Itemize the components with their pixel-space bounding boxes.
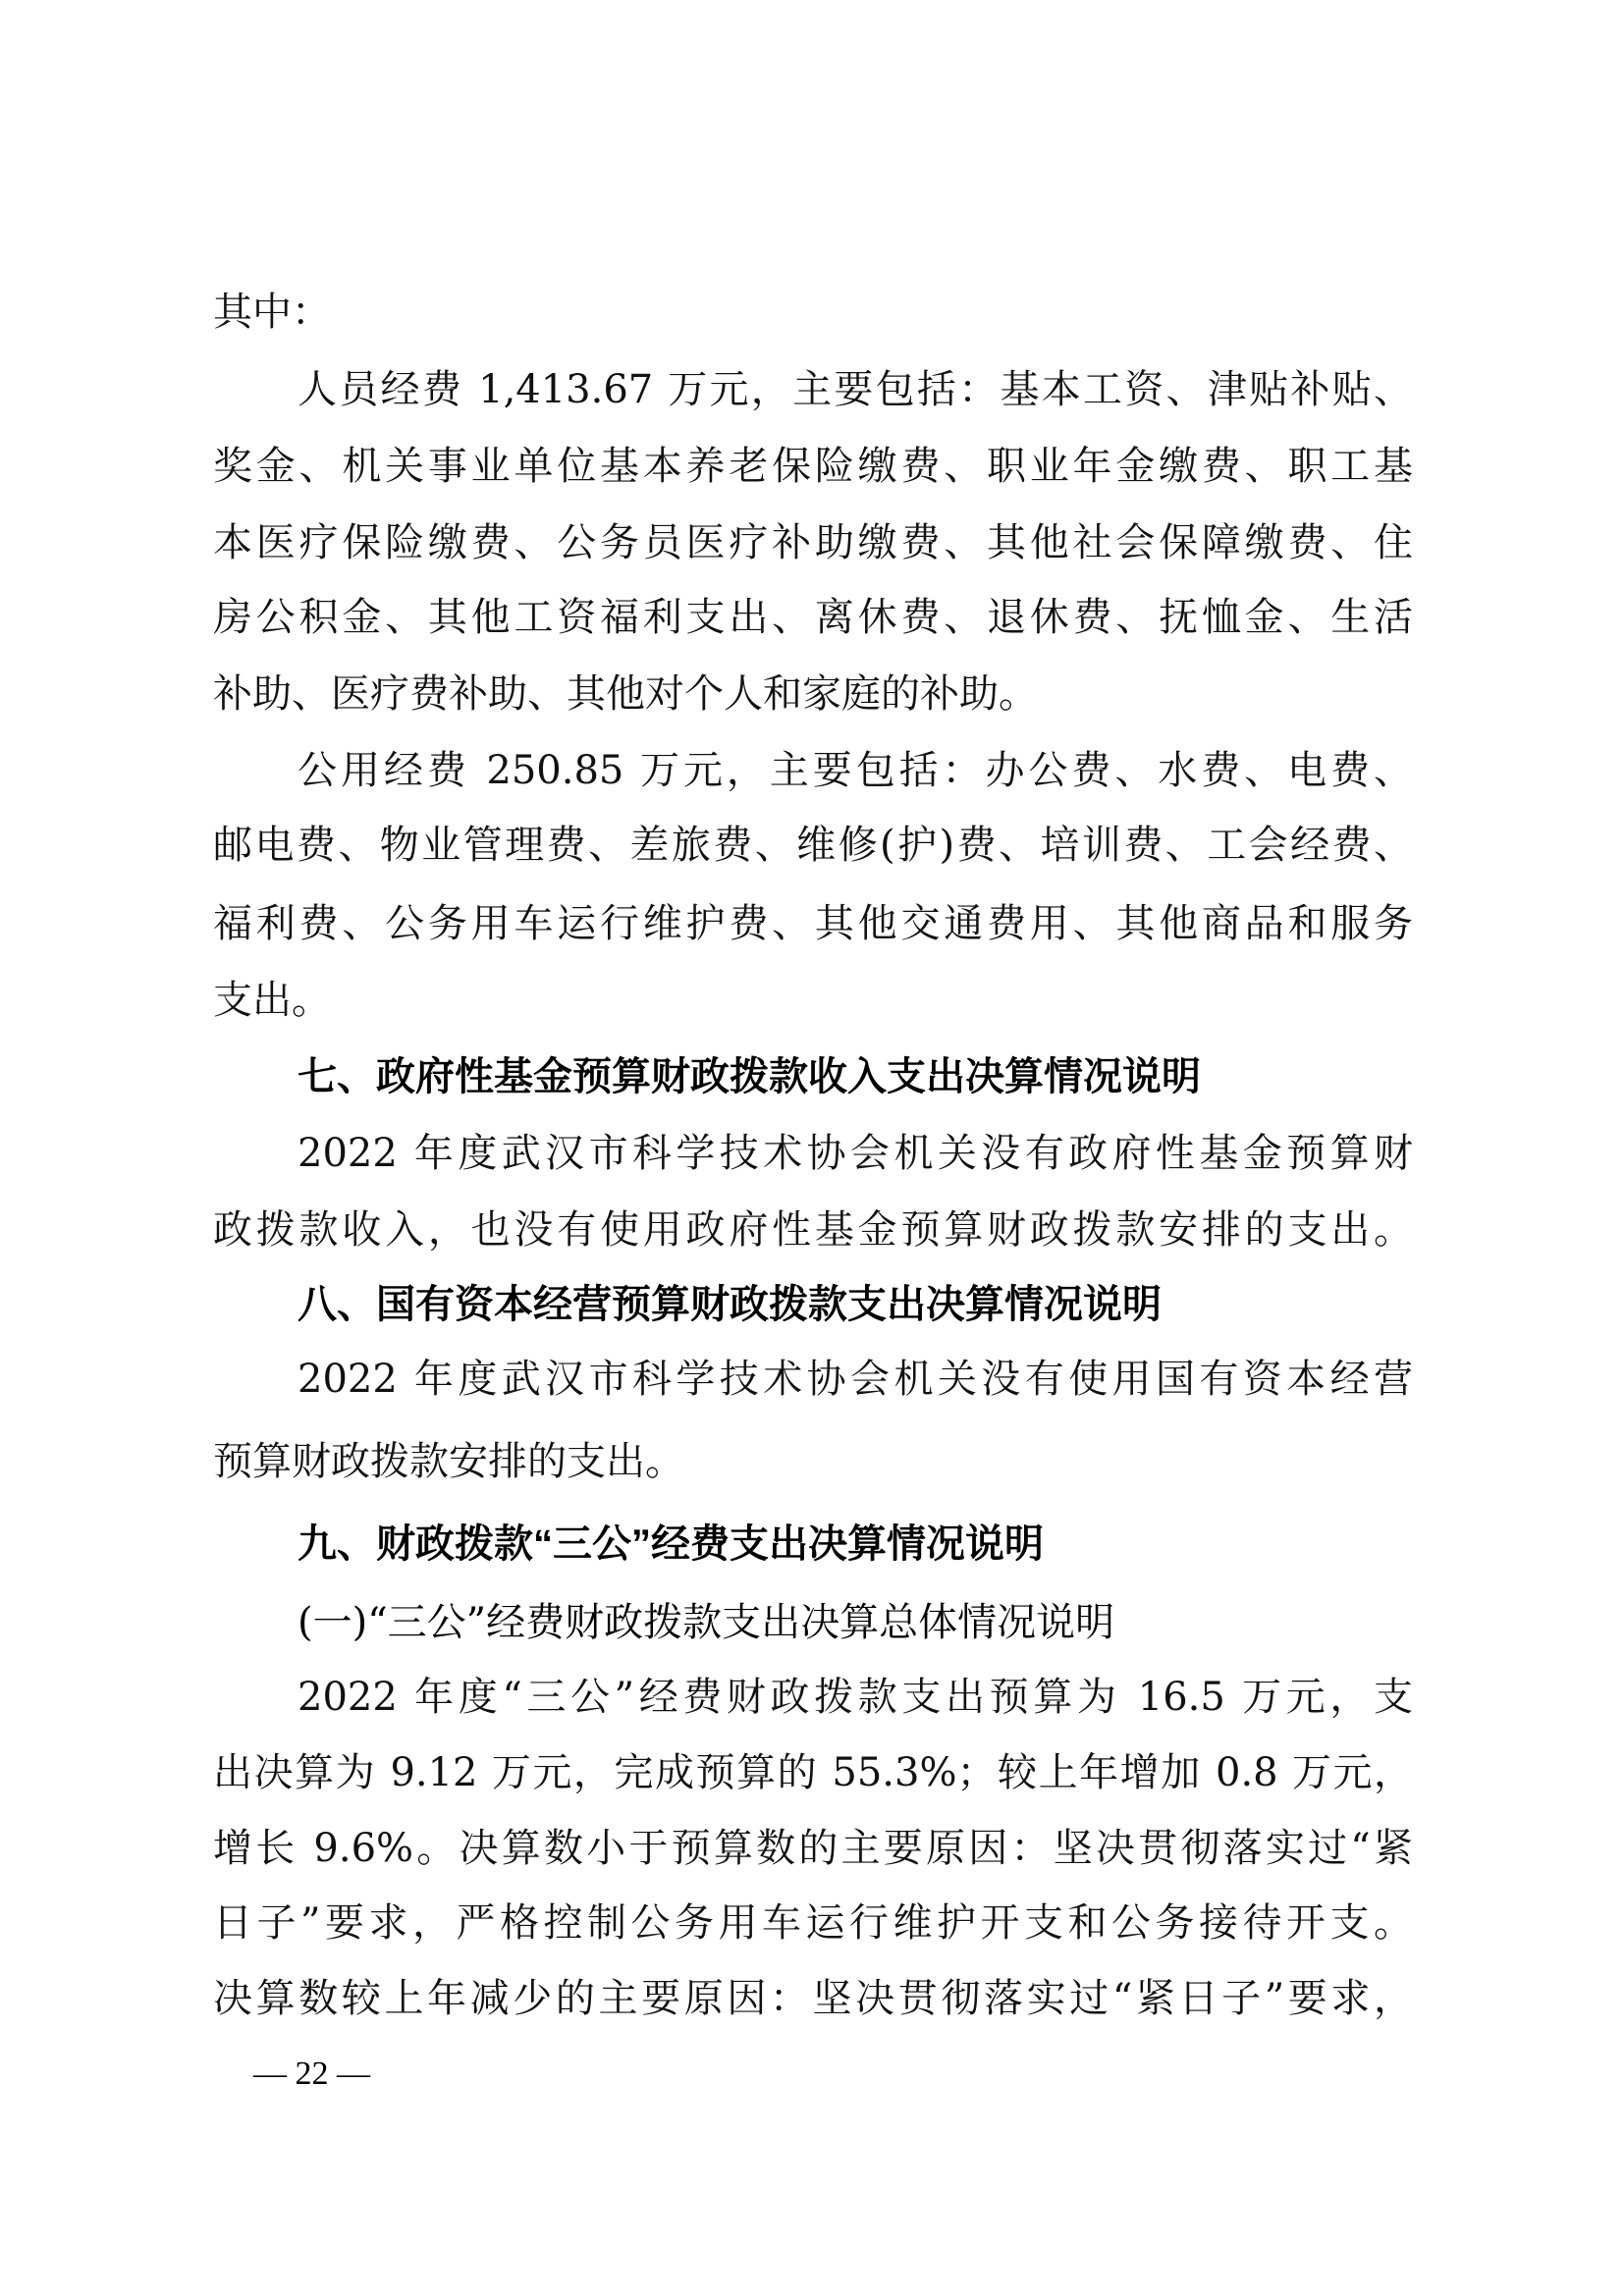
paragraph-personnel-expenses-line-3: 本医疗保险缴费、公务员医疗补助缴费、其他社会保障缴费、住	[213, 520, 1413, 565]
paragraph-three-public-line-4: 日子”要求，严格控制公务用车运行维护开支和公务接待开支。	[213, 1900, 1413, 1946]
paragraph-three-public-line-1: 2022 年度“三公”经费财政拨款支出预算为 16.5 万元，支	[298, 1675, 1413, 1720]
section-heading-8: 八、国有资本经营预算财政拨款支出决算情况说明	[298, 1282, 1162, 1327]
section-heading-9: 九、财政拨款“三公”经费支出决算情况说明	[298, 1522, 1044, 1567]
paragraph-gov-fund-line-2: 政拨款收入，也没有使用政府性基金预算财政拨款安排的支出。	[213, 1207, 1413, 1253]
paragraph-personnel-expenses-line-1: 人员经费 1,413.67 万元，主要包括：基本工资、津贴补贴、	[298, 367, 1413, 412]
paragraph-public-expenses-line-1: 公用经费 250.85 万元，主要包括：办公费、水费、电费、	[298, 748, 1413, 793]
text-line-qizhong: 其中：	[213, 290, 1413, 335]
paragraph-personnel-expenses-line-5: 补助、医疗费补助、其他对个人和家庭的补助。	[213, 671, 1413, 717]
paragraph-public-expenses-line-3: 福利费、公务用车运行维护费、其他交通费用、其他商品和服务	[213, 901, 1413, 946]
paragraph-three-public-line-5: 决算数较上年减少的主要原因：坚决贯彻落实过“紧日子”要求，	[213, 1976, 1413, 2021]
page-number: — 22 —	[253, 2056, 370, 2093]
paragraph-public-expenses-line-2: 邮电费、物业管理费、差旅费、维修(护)费、培训费、工会经费、	[213, 823, 1413, 868]
paragraph-state-capital-line-1: 2022 年度武汉市科学技术协会机关没有使用国有资本经营	[298, 1357, 1413, 1402]
paragraph-three-public-line-2: 出决算为 9.12 万元，完成预算的 55.3%；较上年增加 0.8 万元，	[213, 1750, 1413, 1795]
paragraph-personnel-expenses-line-4: 房公积金、其他工资福利支出、离休费、退休费、抚恤金、生活	[213, 595, 1413, 640]
document-page: 其中： 人员经费 1,413.67 万元，主要包括：基本工资、津贴补贴、 奖金、…	[0, 0, 1624, 2296]
paragraph-state-capital-line-2: 预算财政拨款安排的支出。	[213, 1439, 1413, 1484]
section-heading-7: 七、政府性基金预算财政拨款收入支出决算情况说明	[298, 1054, 1201, 1099]
paragraph-personnel-expenses-line-2: 奖金、机关事业单位基本养老保险缴费、职业年金缴费、职工基	[213, 444, 1413, 489]
subsection-heading-1: (一)“三公”经费财政拨款支出决算总体情况说明	[298, 1600, 1114, 1645]
paragraph-gov-fund-line-1: 2022 年度武汉市科学技术协会机关没有政府性基金预算财	[298, 1131, 1413, 1176]
paragraph-public-expenses-line-4: 支出。	[213, 978, 1413, 1023]
paragraph-three-public-line-3: 增长 9.6%。决算数小于预算数的主要原因：坚决贯彻落实过“紧	[213, 1826, 1413, 1871]
